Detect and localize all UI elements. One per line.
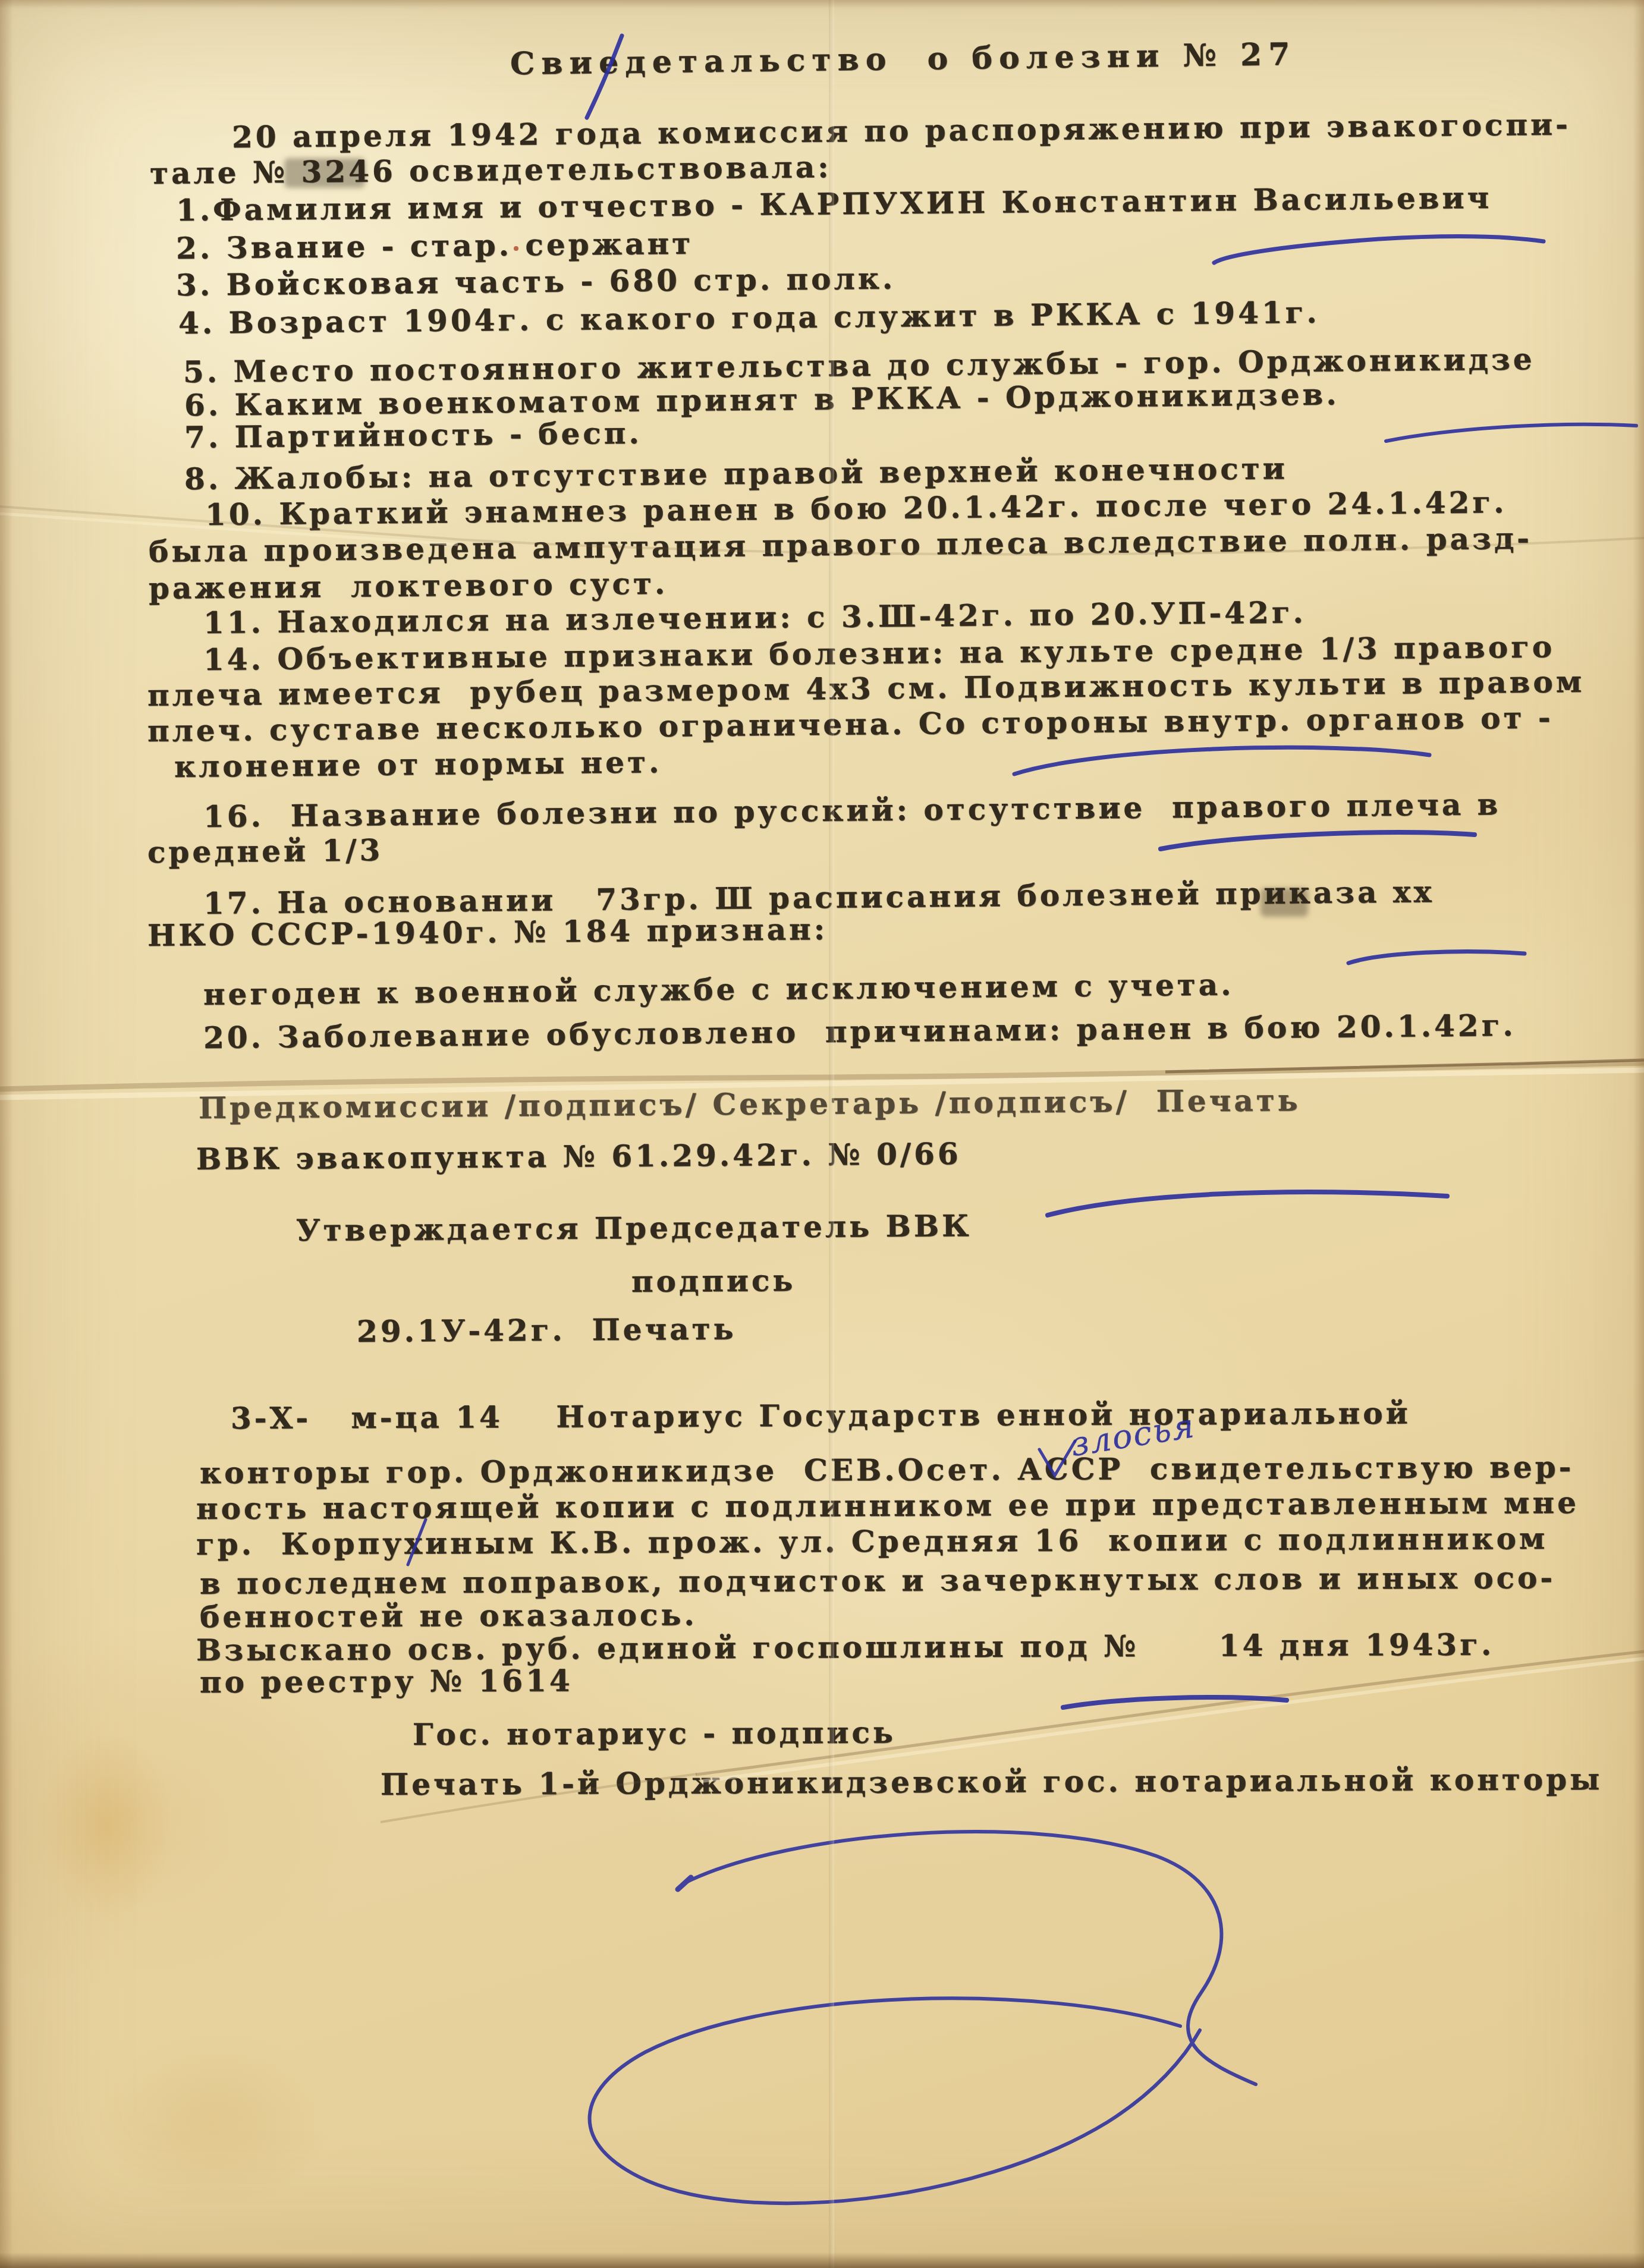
typed-line: тале № 3246 освидетельствовала: [150, 150, 832, 190]
overstrike-smudge-xx [1260, 888, 1308, 917]
document-title: Свиедетальство о болезни № 27 [510, 38, 1297, 81]
scanned-document-page: Свиедетальство о болезни № 27 20 апреля … [0, 0, 1644, 2268]
typed-line: в последнем поправок, подчисток и зачерк… [200, 1561, 1555, 1600]
typed-line: клонение от нормы нет. [174, 745, 662, 784]
typed-line: гр. Корпухиным К.В. прож. ул. Средняя 16… [196, 1522, 1548, 1561]
overstrike-smudge-3246 [284, 158, 365, 188]
typed-line: конторы гор. Орджоникидзе СЕВ.Осет. АССР… [200, 1451, 1574, 1490]
pen-check-item14 [1014, 747, 1429, 774]
typed-line: по реестру № 1614 [200, 1664, 573, 1699]
typed-line: Предкомиссии /подписъ/ Секретарь /подпис… [199, 1084, 1301, 1125]
typed-line: средней 1/3 [147, 833, 384, 869]
pen-check-utverzhdaetsya [1048, 1192, 1447, 1215]
typed-line: Печать 1-й Орджоникидзевской гос. нотари… [381, 1763, 1602, 1801]
typed-line: 20. Заболевание обусловлено причинами: р… [203, 1009, 1516, 1055]
pen-check-negoden [1348, 952, 1524, 963]
signature-flourish [590, 1832, 1256, 2203]
typed-line: ность настоящей копии с подлинником ее п… [196, 1486, 1579, 1525]
typed-line: ражения локтевого суст. [149, 567, 668, 605]
pen-check-sredney [1161, 832, 1475, 849]
red-ink-speck [514, 246, 518, 251]
pen-check-line6 [1386, 424, 1636, 441]
typed-line: НКО СССР-1940г. № 184 признан: [147, 913, 828, 952]
typed-line: 4. Возраст 1904г. с какого года служит в… [178, 296, 1320, 340]
typed-line: негоден к военной службе с исключением с… [203, 968, 1234, 1011]
typed-line: 2. Звание - стар. сержант [176, 227, 694, 265]
paper-edge-left [0, 0, 13, 2268]
typed-line: 29.1У-42г. Печать [357, 1313, 737, 1348]
typed-line: 16. Название болезни по русский: отсутст… [203, 788, 1501, 833]
paper-edge-bottom [0, 2253, 1644, 2268]
pen-check-reestr [1063, 1697, 1287, 1707]
typed-line: бенностей не оказалось. [200, 1598, 697, 1634]
typed-line: Взыскано осв. руб. единой госпошлины под… [196, 1628, 1494, 1667]
typed-line: 7. Партийность - бесп. [184, 417, 642, 454]
scan-artifacts-overlay [0, 0, 1644, 2268]
paper-edge-top [0, 0, 1644, 8]
typed-line: 20 апреля 1942 года комиссия по распоряж… [232, 108, 1571, 154]
typed-line: 3. Войсковая часть - 680 стр. полк. [176, 262, 896, 302]
typed-line: подпись [631, 1264, 796, 1298]
pen-check-vasilyevich [1214, 237, 1544, 263]
typed-line: 3-Х- м-ца 14 Нотариус Государств енной н… [231, 1396, 1411, 1435]
typed-line: Утверждается Председатель ВВК [296, 1209, 972, 1247]
vertical-fold-shading [829, 0, 834, 2268]
paper-edge-right [1633, 0, 1644, 2268]
typed-line: ВВК эвакопункта № 61.29.42г. № 0/66 [196, 1137, 961, 1176]
typed-line: Гос. нотариус - подпись [413, 1716, 896, 1751]
